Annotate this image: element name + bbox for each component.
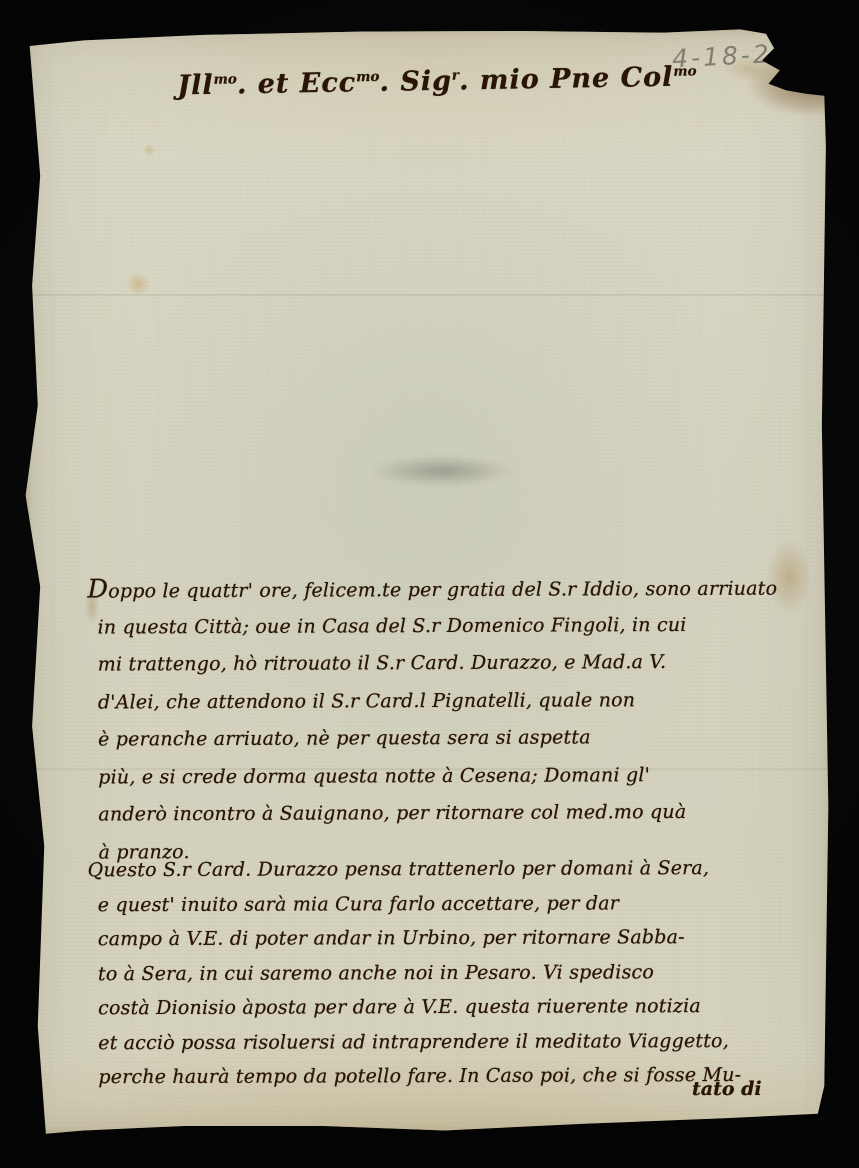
photo-backdrop: 4-18-220 Jllmo. et Eccmo. Sigr. mio Pne … — [0, 0, 859, 1168]
salutation-superscript: mo — [213, 71, 237, 87]
manuscript-line: mi trattengo, hò ritrouato il S.r Card. … — [88, 643, 800, 684]
manuscript-line: costà Dionisio àposta per dare à V.E. qu… — [88, 989, 800, 1026]
paper-stain — [124, 274, 152, 294]
manuscript-line: d'Alei, che attendono il S.r Card.l Pign… — [88, 681, 800, 722]
paper-stain — [142, 144, 156, 156]
manuscript-line: et acciò possa risoluersi ad intraprende… — [88, 1023, 800, 1060]
letter-paragraph-1: Doppo le quattr' ore, felicem.te per gra… — [87, 568, 800, 871]
salutation-text: . et Ecc — [237, 67, 357, 100]
manuscript-line: campo à V.E. di poter andar in Urbino, p… — [88, 920, 800, 957]
manuscript-line: to à Sera, in cui saremo anche noi in Pe… — [88, 954, 800, 991]
letter-paragraph-2: Questo S.r Card. Durazzo pensa trattener… — [88, 851, 801, 1095]
manuscript-line: Questo S.r Card. Durazzo pensa trattener… — [88, 851, 800, 888]
catchword: tato di — [692, 1078, 762, 1100]
salutation-text: . mio Pne Col — [459, 62, 674, 97]
letter-salutation: Jllmo. et Eccmo. Sigr. mio Pne Colmo — [32, 59, 842, 104]
manuscript-line: anderò incontro à Sauignano, per ritorna… — [88, 793, 800, 834]
salutation-superscript: mo — [673, 63, 697, 79]
manuscript-line: in questa Città; oue in Casa del S.r Dom… — [88, 606, 800, 647]
manuscript-page: 4-18-220 Jllmo. et Eccmo. Sigr. mio Pne … — [24, 26, 834, 1136]
manuscript-line: e quest' inuito sarà mia Cura farlo acce… — [88, 885, 800, 922]
manuscript-line: è peranche arriuato, nè per questa sera … — [88, 718, 800, 759]
salutation-text: Jll — [177, 70, 214, 102]
manuscript-line: Doppo le quattr' ore, felicem.te per gra… — [87, 568, 799, 609]
ink-smudge — [372, 456, 512, 486]
salutation-text: . Sig — [379, 66, 452, 98]
fold-line — [24, 294, 834, 296]
manuscript-line: più, e si crede dorma questa notte à Ces… — [88, 756, 800, 797]
salutation-superscript: mo — [356, 69, 380, 85]
